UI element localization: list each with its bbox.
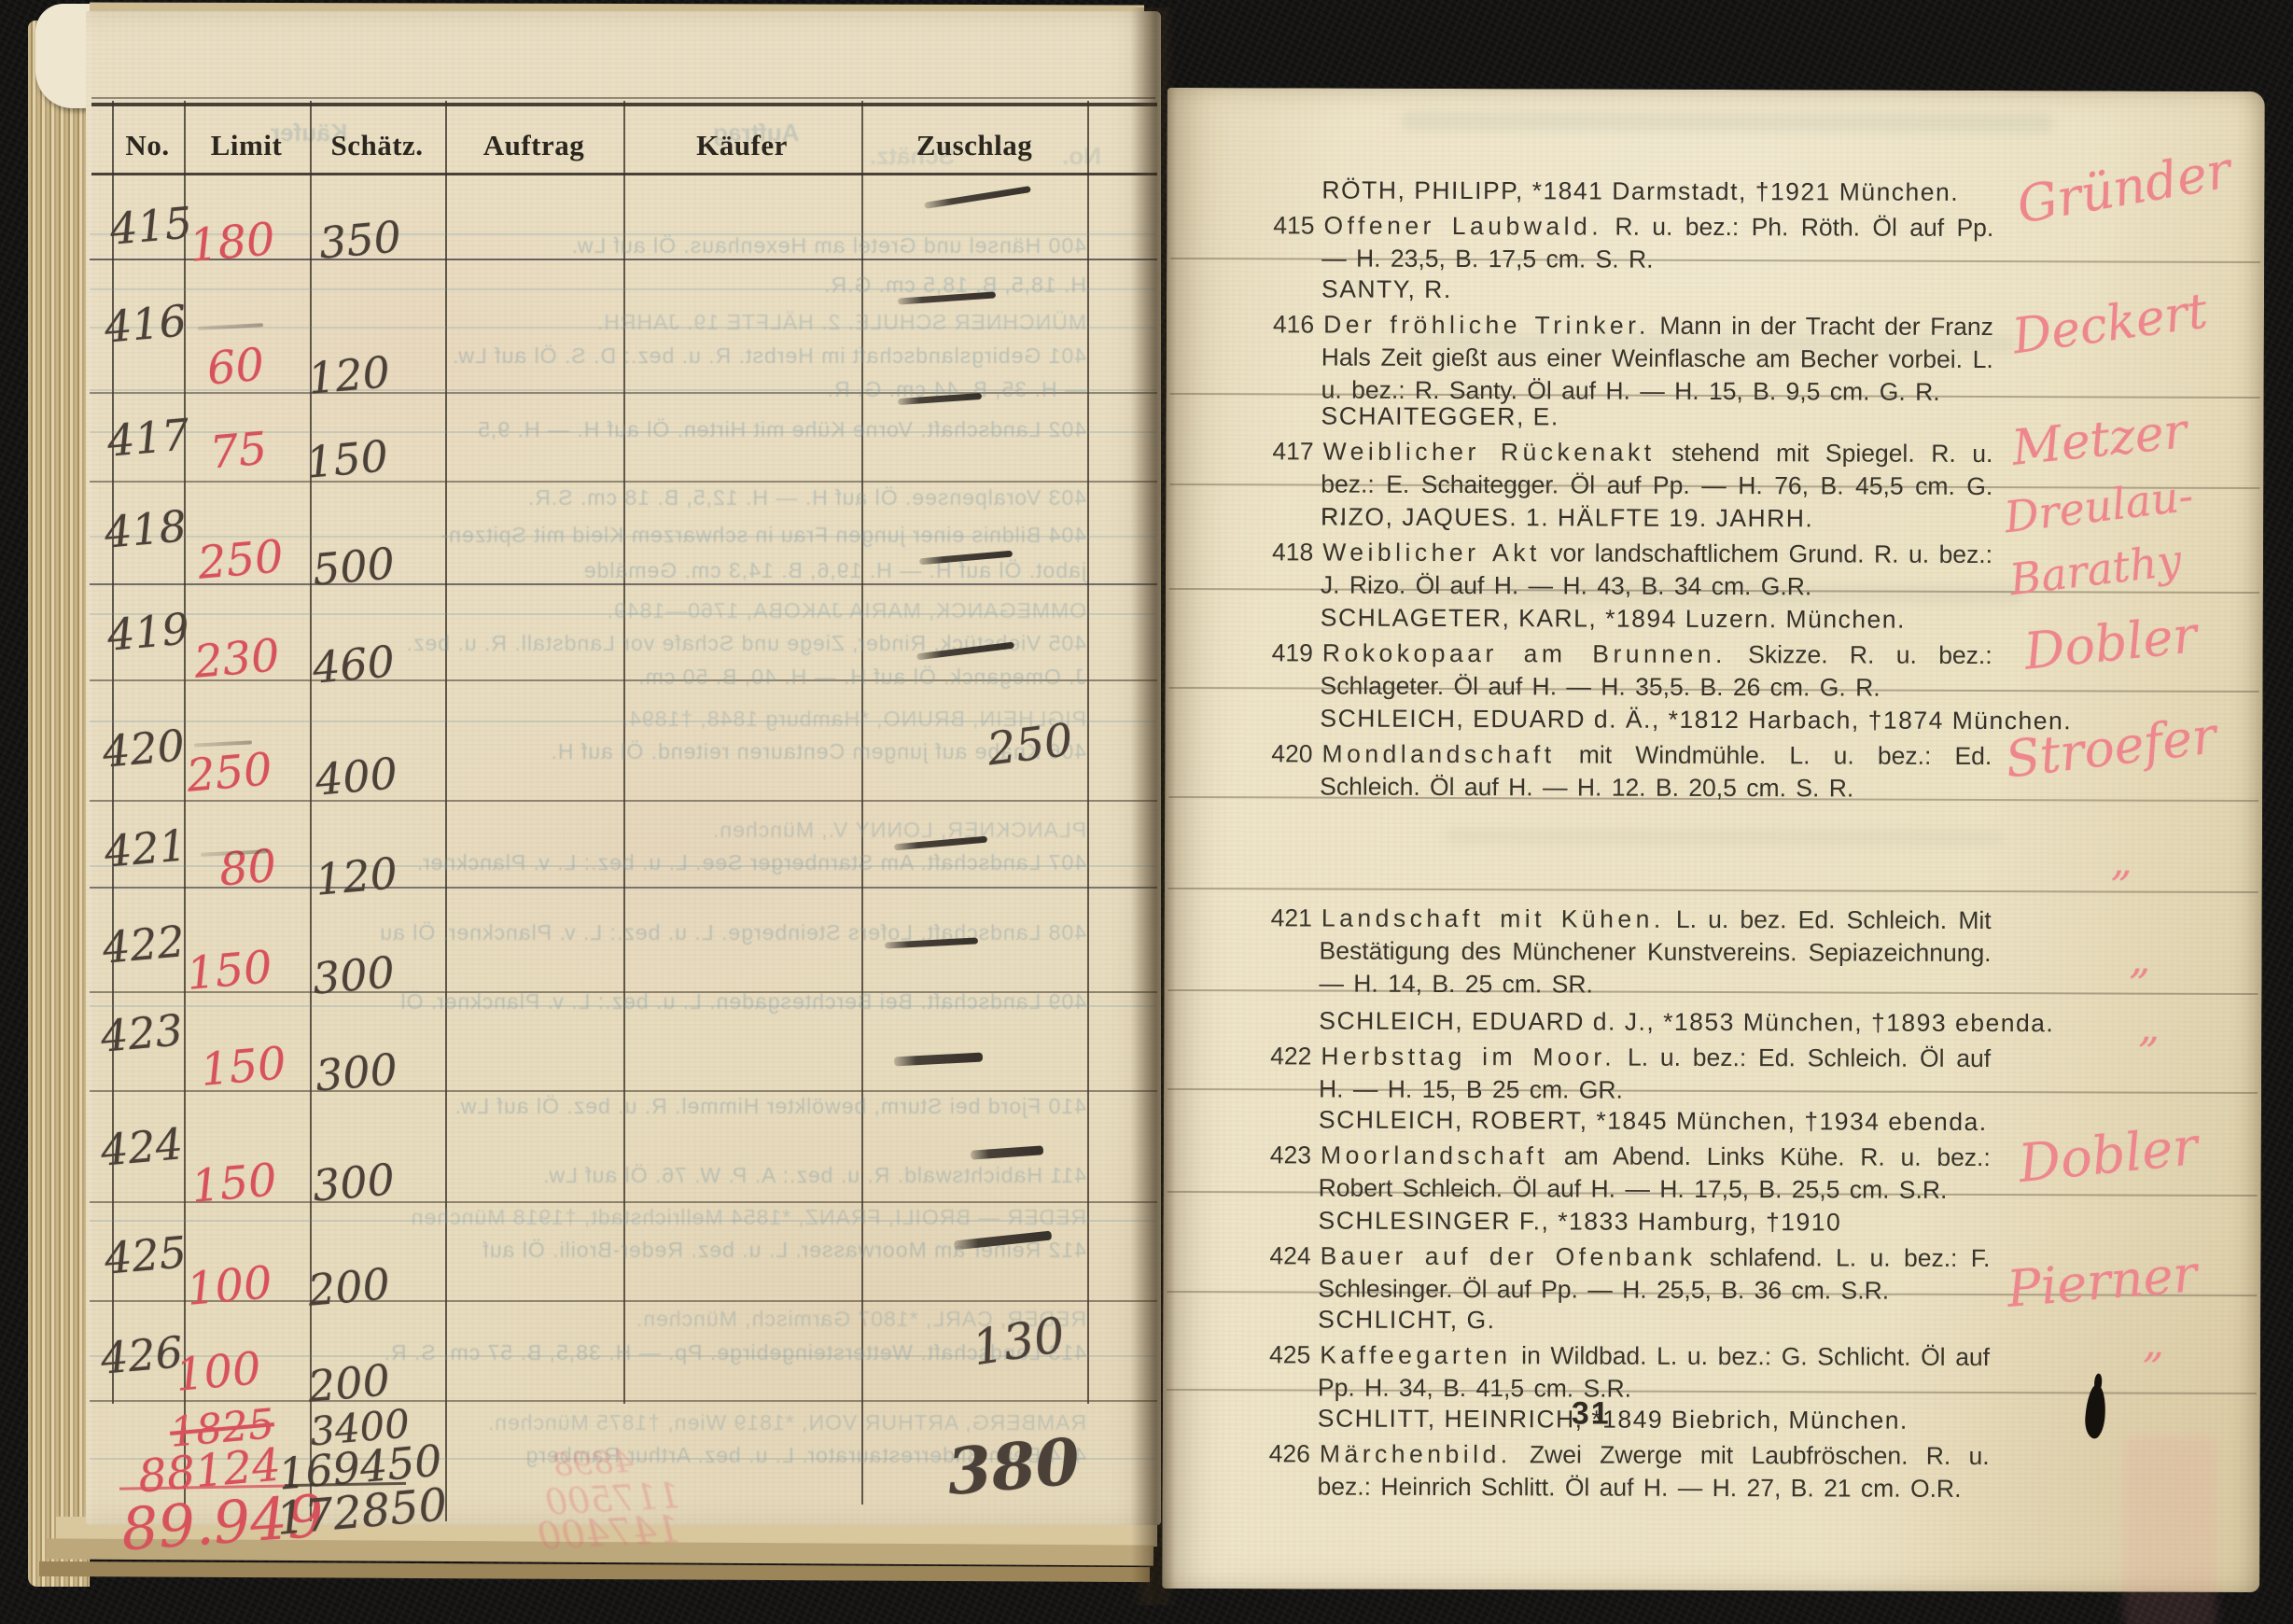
catalog-entry: SCHLITT, HEINRICH, *1849 Biebrich, Münch…: [1269, 1402, 1990, 1505]
catalog-entry: RÖTH, PHILIPP, *1841 Darmstadt, †1921 Mü…: [1273, 174, 1993, 277]
lot-no: 426: [99, 1326, 185, 1383]
lot-number: 419: [1272, 638, 1313, 666]
margin-buyer-note: Dobler: [2021, 605, 2200, 680]
bleedthrough-line: 407 Landschaft. Am Starnberger See. L. u…: [381, 850, 1086, 875]
artist-heading: RIZO, JAQUES. 1. HÄLFTE 19. JAHRH.: [1272, 500, 1992, 536]
lot-description: 418Weiblicher Akt vor landschaftlichem G…: [1272, 536, 1992, 604]
artist-heading: SCHLEICH, EDUARD d. Ä., *1812 Harbach, †…: [1271, 702, 1992, 737]
margin-ditto-mark: „: [2111, 837, 2132, 885]
ink-smear-pink: [2123, 1435, 2217, 1624]
lot-number: 421: [1271, 903, 1312, 931]
zuschlag-dash-mark: [894, 1053, 983, 1067]
lot-number: 426: [1269, 1439, 1310, 1467]
schaetz-value: 300: [314, 1043, 399, 1100]
schaetz-value: 460: [311, 636, 397, 693]
artist-heading: SCHLEICH, EDUARD d. J., *1853 München, †…: [1270, 1004, 1991, 1040]
lot-number: 420: [1271, 739, 1312, 767]
bleedthrough-line: 409 Landschaft. Bei Berchtesgaden. L. u.…: [381, 989, 1086, 1015]
bleedthrough-line: 400 Hänsel und Gretel am Hexenhaus. Öl a…: [381, 233, 1086, 259]
catalog-entry: SCHLEICH, ROBERT, *1845 München, †1934 e…: [1270, 1103, 1991, 1207]
lot-number: 424: [1269, 1241, 1310, 1269]
page-stack-edge: [28, 21, 90, 1587]
lot-no: 422: [101, 916, 187, 973]
lot-no: 419: [105, 603, 191, 660]
book-photo: Käufer Auftrag Schätz. No. No. Limit Sch…: [0, 0, 2293, 1624]
page-number: 31: [1572, 1395, 1611, 1432]
artist-heading: SCHLAGETER, KARL, *1894 Luzern. München.: [1272, 601, 1992, 637]
lot-number: 422: [1270, 1042, 1311, 1070]
catalog-entry: 421Landschaft mit Kühen. L. u. bez. Ed. …: [1270, 902, 1991, 1002]
bleedthrough-header: No.: [1062, 142, 1101, 171]
margin-ditto-mark: „: [2129, 936, 2150, 984]
artist-heading: SCHLESINGER F., *1833 Hamburg, †1910: [1270, 1204, 1991, 1239]
limit-value: 150: [199, 1037, 288, 1097]
lot-no: 416: [103, 295, 189, 352]
lot-no: 421: [103, 819, 189, 876]
lot-no: 425: [103, 1226, 189, 1283]
lot-no: 424: [99, 1118, 185, 1175]
col-header-zuschlag: Zuschlag: [916, 129, 1033, 162]
margin-ditto-mark: „: [2143, 1320, 2164, 1367]
bleedthrough-red: 147400: [537, 1508, 681, 1559]
limit-value: 100: [174, 1342, 263, 1402]
margin-buyer-note: Gründer: [2013, 140, 2235, 234]
lot-no: 420: [101, 720, 187, 777]
binding-gutter-shadow: [1131, 7, 1176, 1605]
bleedthrough-line: 402 Landschaft. Vorne Kühe mit Hirten. Ö…: [381, 417, 1086, 442]
catalog-entry: SANTY, R. 416Der fröhliche Trinker. Mann…: [1273, 273, 1993, 409]
bleedthrough-line: MÜNCHNER SCHULE. 2. HÄLFTE 19. JAHRH.: [381, 310, 1086, 335]
bleedthrough-line: 406 Knabe auf jungem Centauren reitend. …: [381, 739, 1086, 764]
artist-heading: RÖTH, PHILIPP, *1841 Darmstadt, †1921 Mü…: [1273, 174, 1993, 209]
schaetz-value: 350: [317, 211, 403, 268]
zuschlag-grand-total: 380: [944, 1424, 1083, 1510]
artist-heading: SCHLITT, HEINRICH, *1849 Biebrich, Münch…: [1269, 1402, 1990, 1437]
lot-no: 415: [108, 197, 194, 254]
limit-value: 100: [185, 1256, 274, 1316]
catalog-page: RÖTH, PHILIPP, *1841 Darmstadt, †1921 Mü…: [1162, 88, 2265, 1592]
limit-value: 180: [188, 213, 277, 273]
schaetz-value: 300: [311, 946, 397, 1003]
catalog-entry: SCHLICHT, G. 425Kaffeegarten in Wildbad.…: [1269, 1303, 1990, 1407]
row-separator: [90, 800, 1157, 802]
bleedthrough-line: PIGLHEIN, BRUNO, *Hamburg 1848, †1894.: [381, 707, 1086, 732]
bleedthrough-line: 403 Voralpensee. Öl auf H. — H. 12,5, B.…: [381, 485, 1086, 511]
lot-number: 417: [1272, 437, 1313, 465]
bleedthrough-smudge: [1401, 112, 2054, 133]
limit-value: 150: [185, 941, 274, 1001]
zuschlag-dash-mark: [971, 1145, 1044, 1159]
lot-description: 422Herbsttag im Moor. L. u. bez.: Ed. Sc…: [1270, 1040, 1991, 1108]
bleedthrough-line: 408 Landschaft. Lofers Steinberge. L. u.…: [381, 920, 1086, 945]
ledger-page: Käufer Auftrag Schätz. No. No. Limit Sch…: [86, 11, 1161, 1525]
col-header-no: No.: [125, 129, 169, 162]
limit-value: 80: [217, 839, 279, 896]
margin-ditto-mark: „: [2138, 1004, 2160, 1052]
bleedthrough-line: J. Omeganck. Öl auf H. — H. 40, B. 50 cm…: [381, 665, 1086, 690]
lot-description: 420Mondlandschaft mit Windmühle. L. u. b…: [1271, 737, 1992, 805]
bleedthrough-line: 404 Bildnis einer jungen Frau in schwarz…: [381, 523, 1086, 548]
limit-value: 250: [196, 530, 286, 590]
lot-description: 424Bauer auf der Ofenbank schlafend. L. …: [1269, 1239, 1990, 1308]
artist-heading: SCHAITEGGER, E.: [1273, 399, 1993, 435]
schaetz-value: 150: [304, 430, 390, 487]
schaetz-value: 300: [311, 1154, 397, 1211]
lot-number: 425: [1269, 1340, 1310, 1368]
schaetz-value: 200: [306, 1258, 392, 1315]
bleedthrough-line: jabot. Öl auf H. — H. 19,6, B. 14,3 cm. …: [381, 558, 1086, 583]
limit-value: 250: [185, 743, 274, 803]
col-header-kaeufer: Käufer: [696, 129, 788, 162]
schaetz-value: 500: [311, 538, 397, 595]
lot-description: 415Offener Laubwald. R. u. bez.: Ph. Röt…: [1273, 209, 1993, 277]
artist-heading: SCHLICHT, G.: [1269, 1303, 1990, 1338]
lot-number: 423: [1270, 1141, 1311, 1169]
bleedthrough-line: 401 Gebirgslandschaft im Herbst. R. u. b…: [381, 343, 1086, 369]
lot-number: 418: [1272, 538, 1313, 566]
catalog-entry: SCHLEICH, EDUARD d. Ä., *1812 Harbach, †…: [1271, 702, 1992, 805]
artist-heading: SCHLEICH, ROBERT, *1845 München, †1934 e…: [1270, 1103, 1991, 1139]
entry-separator: [1168, 888, 2258, 893]
limit-value: 60: [205, 338, 267, 395]
bleedthrough-line: 411 Habichtswald. R. u. bez.: A. P. W. 7…: [381, 1163, 1086, 1188]
col-header-schaetz: Schätz.: [330, 129, 423, 162]
margin-buyer-note: Pierner: [2005, 1244, 2199, 1319]
zuschlag-value: 250: [985, 714, 1076, 777]
lot-description: 423Moorlandschaft am Abend. Links Kühe. …: [1270, 1139, 1991, 1207]
catalog-entry: SCHLESINGER F., *1833 Hamburg, †1910 424…: [1269, 1204, 1990, 1308]
catalog-entry: SCHLAGETER, KARL, *1894 Luzern. München.…: [1272, 601, 1992, 705]
lot-description: 425Kaffeegarten in Wildbad. L. u. bez.: …: [1269, 1338, 1990, 1407]
lot-no: 423: [99, 1004, 185, 1061]
limit-dash-mark: [198, 323, 263, 330]
lot-description: 416Der fröhliche Trinker. Mann in der Tr…: [1273, 308, 1993, 409]
bleedthrough-line: 410 Fjord bei Sturm, bewölkter Himmel. R…: [381, 1094, 1086, 1119]
row-separator: [90, 481, 1157, 483]
col-header-limit: Limit: [211, 129, 283, 162]
lot-description: 426Märchenbild. Zwei Zwerge mit Laubfrös…: [1269, 1437, 1990, 1505]
catalog-entry: SCHLEICH, EDUARD d. J., *1853 München, †…: [1270, 1004, 1991, 1108]
lot-description: 421Landschaft mit Kühen. L. u. bez. Ed. …: [1270, 902, 1991, 1002]
margin-buyer-note: Barathy: [2006, 535, 2184, 605]
limit-value: 230: [192, 629, 282, 689]
lot-description: 419Rokokopaar am Brunnen. Skizze. R. u. …: [1272, 637, 1992, 705]
margin-buyer-note: Dobler: [2016, 1116, 2201, 1195]
schaetz-value: 120: [314, 847, 399, 904]
bleedthrough-line: REDER — BROILI, FRANZ, *1854 Mellrichsta…: [381, 1205, 1086, 1230]
bleedthrough-smudge: [1445, 828, 2005, 847]
lot-no: 417: [105, 409, 191, 466]
zuschlag-dash-mark: [924, 186, 1031, 209]
col-header-auftrag: Auftrag: [483, 129, 585, 162]
limit-value: 75: [208, 422, 270, 479]
catalog-entry: RIZO, JAQUES. 1. HÄLFTE 19. JAHRH. 418We…: [1272, 500, 1992, 604]
schaetz-value: 120: [306, 346, 392, 403]
margin-buyer-note: Metzer: [2009, 403, 2189, 477]
margin-buyer-note: Dreulau-: [2002, 470, 2196, 543]
bleedthrough-line: OMMEGANCK, MARIA JAKOBA, 1760—1849.: [381, 598, 1086, 623]
limit-value: 150: [189, 1154, 279, 1213]
lot-number: 416: [1273, 310, 1314, 338]
lot-number: 415: [1273, 211, 1314, 239]
column-rule: [1087, 101, 1089, 1404]
table-top-rule: [91, 97, 1155, 99]
artist-heading: SANTY, R.: [1273, 273, 1993, 308]
schaetz-value: 400: [314, 748, 399, 805]
margin-buyer-note: Deckert: [2009, 284, 2211, 366]
lot-no: 418: [103, 500, 189, 557]
